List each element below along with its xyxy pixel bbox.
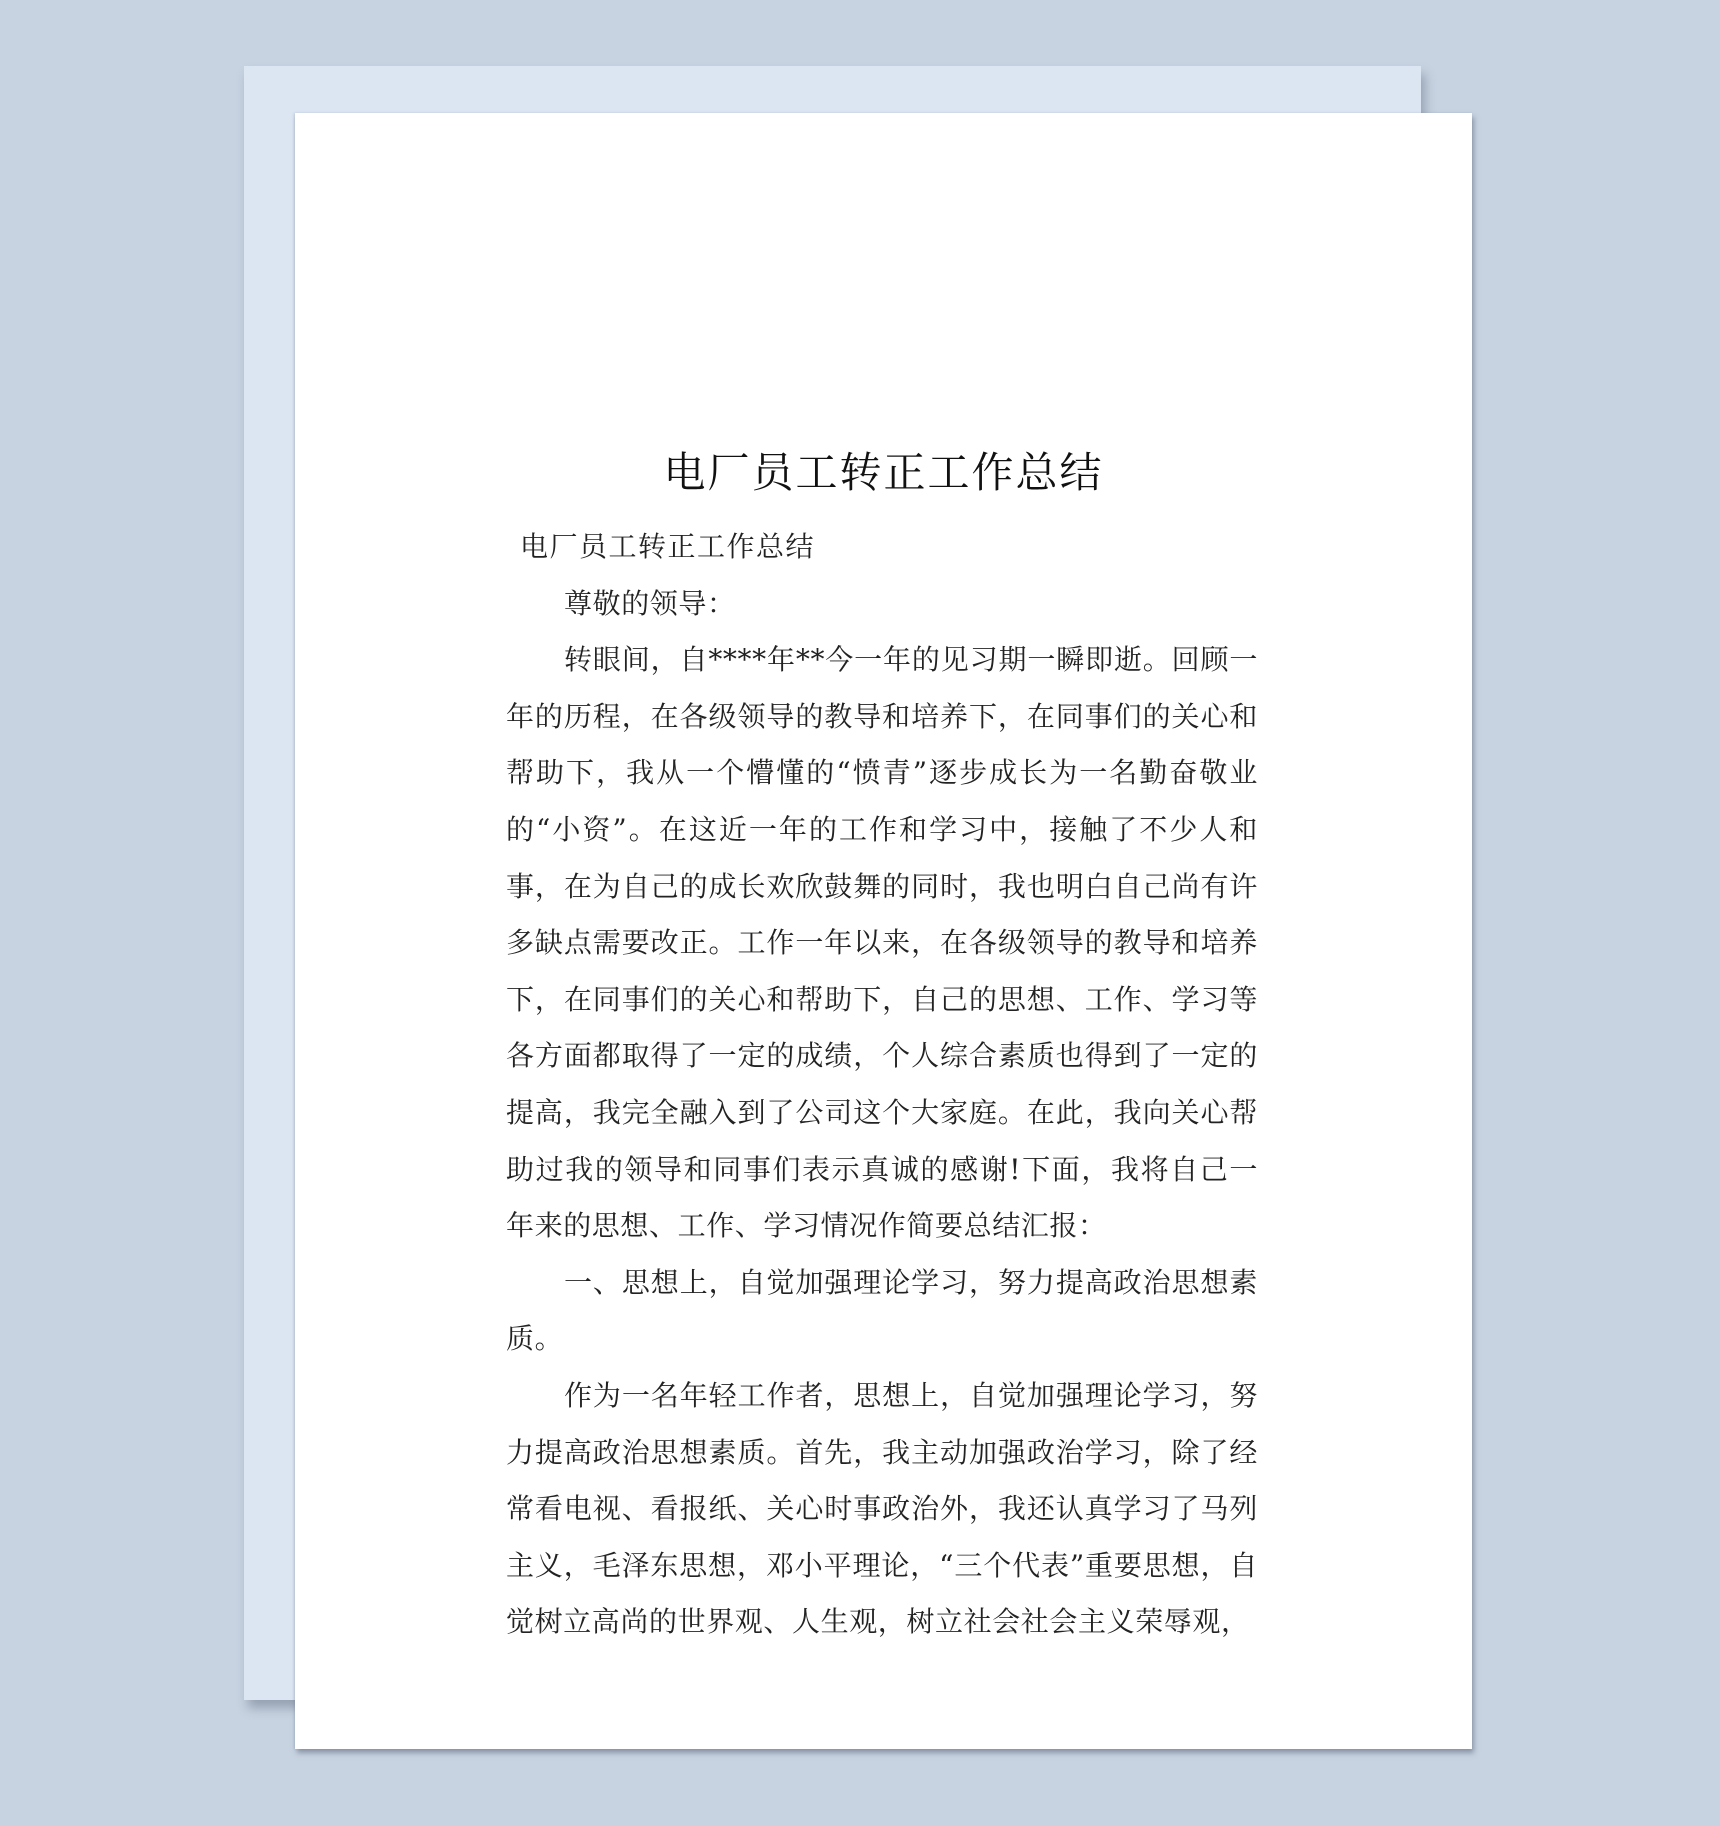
salutation: 尊敬的领导： <box>506 576 1258 633</box>
paragraph-intro: 转眼间，自****年**今一年的见习期一瞬即逝。回顾一年的历程，在各级领导的教导… <box>506 632 1258 1255</box>
section-heading-1: 一、思想上，自觉加强理论学习，努力提高政治思想素质。 <box>506 1255 1258 1368</box>
document-title: 电厂员工转正工作总结 <box>295 443 1472 503</box>
document-subtitle: 电厂员工转正工作总结 <box>506 519 1258 576</box>
paragraph-section-1: 作为一名年轻工作者，思想上，自觉加强理论学习，努力提高政治思想素质。首先，我主动… <box>506 1368 1258 1651</box>
document-body: 电厂员工转正工作总结 尊敬的领导： 转眼间，自****年**今一年的见习期一瞬即… <box>506 519 1258 1651</box>
document-page: 电厂员工转正工作总结 电厂员工转正工作总结 尊敬的领导： 转眼间，自****年*… <box>295 113 1472 1749</box>
